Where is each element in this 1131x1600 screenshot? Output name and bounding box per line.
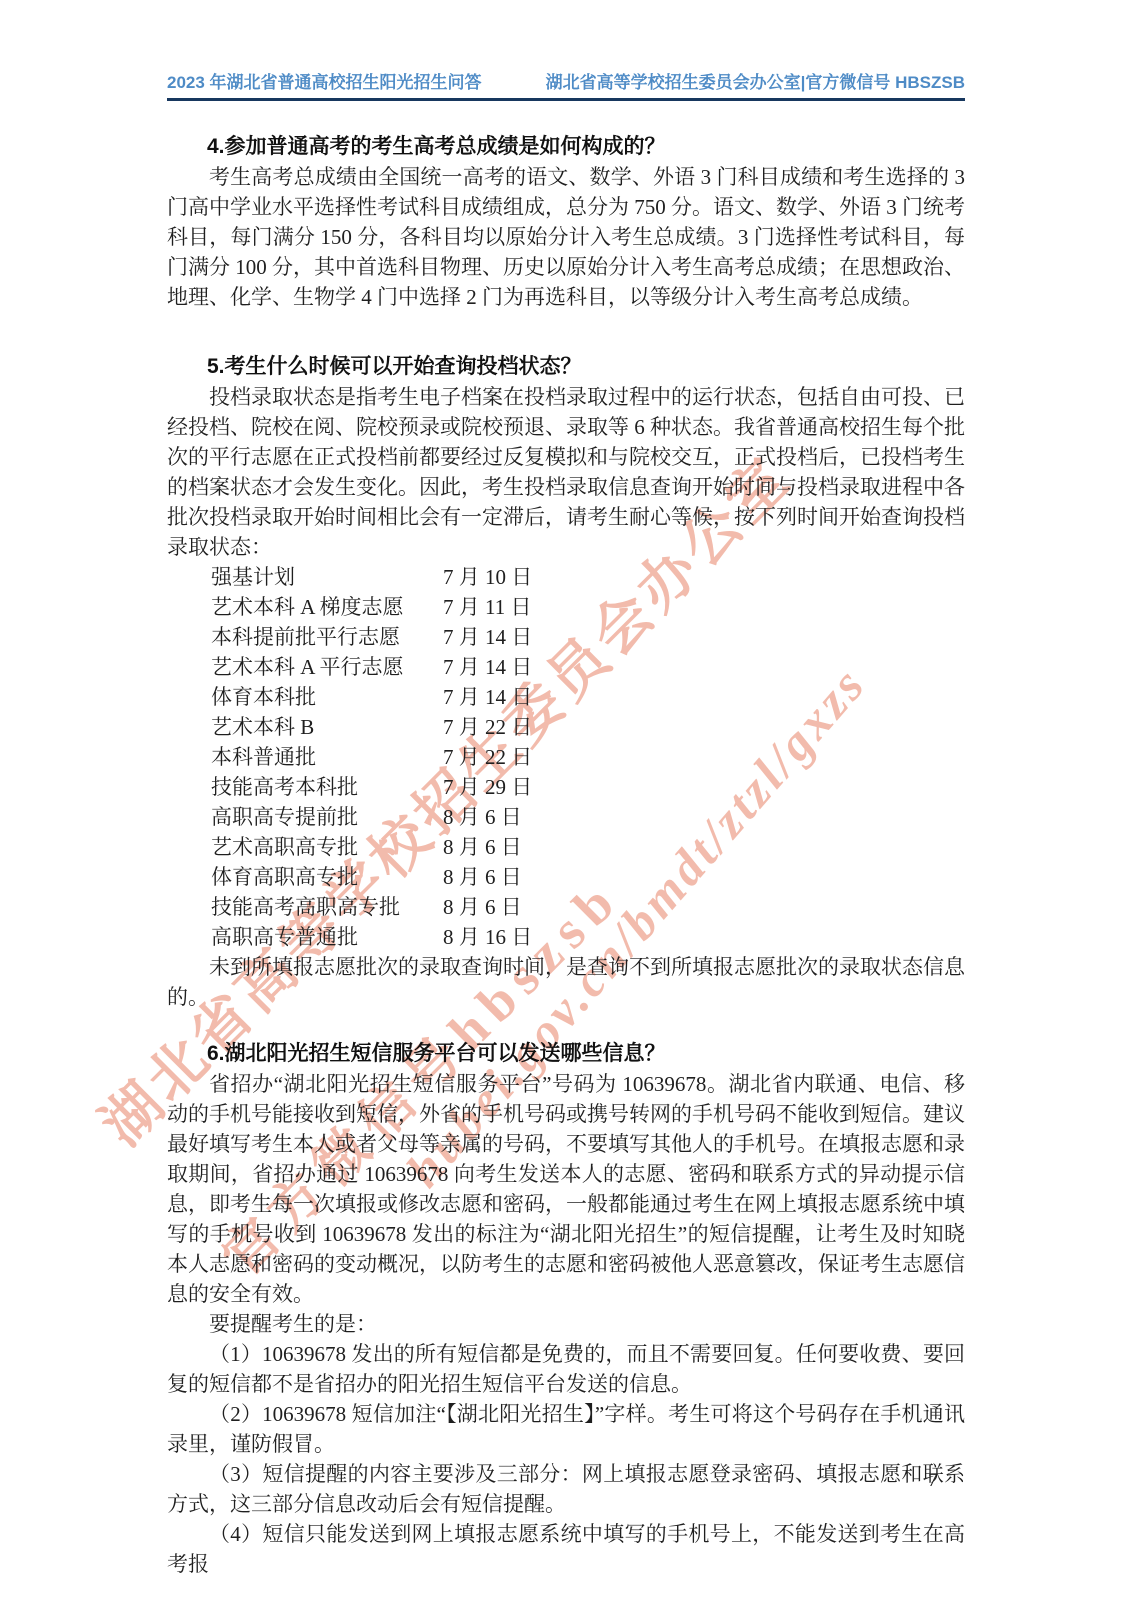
section-title: 6.湖北阳光招生短信服务平台可以发送哪些信息？ bbox=[167, 1039, 965, 1069]
schedule-row: 高职高专提前批8 月 6 日 bbox=[167, 802, 965, 832]
schedule-batch-name: 本科普通批 bbox=[211, 742, 443, 772]
schedule-row: 技能高考本科批7 月 29 日 bbox=[167, 772, 965, 802]
header-title-right: 湖北省高等学校招生委员会办公室|官方微信号 HBSZSB bbox=[546, 72, 965, 93]
schedule-row: 艺术本科 A 平行志愿7 月 14 日 bbox=[167, 652, 965, 682]
paragraph: （1）10639678 发出的所有短信都是免费的，而且不需要回复。任何要收费、要… bbox=[167, 1339, 965, 1399]
paragraph: （2）10639678 短信加注“【湖北阳光招生】”字样。考生可将这个号码存在手… bbox=[167, 1399, 965, 1459]
schedule-batch-name: 体育本科批 bbox=[211, 682, 443, 712]
paragraph: （4）短信只能发送到网上填报志愿系统中填写的手机号上，不能发送到考生在高考报 bbox=[167, 1519, 965, 1579]
schedule-date: 8 月 16 日 bbox=[443, 922, 965, 952]
schedule-date: 8 月 6 日 bbox=[443, 802, 965, 832]
schedule-batch-name: 高职高专提前批 bbox=[211, 802, 443, 832]
schedule-date: 7 月 11 日 bbox=[443, 592, 965, 622]
schedule-date: 7 月 14 日 bbox=[443, 622, 965, 652]
document-content: 2023 年湖北省普通高校招生阳光招生问答 湖北省高等学校招生委员会办公室|官方… bbox=[167, 72, 965, 1579]
qa-section: 5.考生什么时候可以开始查询投档状态？投档录取状态是指考生电子档案在投档录取过程… bbox=[167, 352, 965, 1012]
schedule-row: 体育高职高专批8 月 6 日 bbox=[167, 862, 965, 892]
schedule-date: 7 月 22 日 bbox=[443, 712, 965, 742]
schedule-table: 强基计划7 月 10 日艺术本科 A 梯度志愿7 月 11 日本科提前批平行志愿… bbox=[167, 562, 965, 952]
paragraph: 省招办“湖北阳光招生短信服务平台”号码为 10639678。湖北省内联通、电信、… bbox=[167, 1069, 965, 1309]
schedule-batch-name: 艺术本科 A 梯度志愿 bbox=[211, 592, 443, 622]
schedule-batch-name: 艺术本科 B bbox=[211, 712, 443, 742]
schedule-row: 本科普通批7 月 22 日 bbox=[167, 742, 965, 772]
schedule-date: 7 月 14 日 bbox=[443, 652, 965, 682]
schedule-row: 高职高专普通批8 月 16 日 bbox=[167, 922, 965, 952]
schedule-row: 艺术高职高专批8 月 6 日 bbox=[167, 832, 965, 862]
schedule-date: 7 月 10 日 bbox=[443, 562, 965, 592]
paragraph: （3）短信提醒的内容主要涉及三部分：网上填报志愿登录密码、填报志愿和联系方式，这… bbox=[167, 1459, 965, 1519]
schedule-date: 7 月 29 日 bbox=[443, 772, 965, 802]
schedule-date: 8 月 6 日 bbox=[443, 892, 965, 922]
schedule-date: 8 月 6 日 bbox=[443, 862, 965, 892]
schedule-row: 艺术本科 A 梯度志愿7 月 11 日 bbox=[167, 592, 965, 622]
schedule-row: 强基计划7 月 10 日 bbox=[167, 562, 965, 592]
schedule-batch-name: 体育高职高专批 bbox=[211, 862, 443, 892]
schedule-batch-name: 强基计划 bbox=[211, 562, 443, 592]
qa-section: 4.参加普通高考的考生高考总成绩是如何构成的？考生高考总成绩由全国统一高考的语文… bbox=[167, 132, 965, 312]
document-body: 4.参加普通高考的考生高考总成绩是如何构成的？考生高考总成绩由全国统一高考的语文… bbox=[167, 132, 965, 1579]
schedule-date: 8 月 6 日 bbox=[443, 832, 965, 862]
schedule-row: 本科提前批平行志愿7 月 14 日 bbox=[167, 622, 965, 652]
header-title-left: 2023 年湖北省普通高校招生阳光招生问答 bbox=[167, 72, 482, 93]
paragraph: 要提醒考生的是： bbox=[167, 1309, 965, 1339]
paragraph: 投档录取状态是指考生电子档案在投档录取过程中的运行状态，包括自由可投、已经投档、… bbox=[167, 382, 965, 562]
schedule-batch-name: 技能高考高职高专批 bbox=[211, 892, 443, 922]
schedule-row: 艺术本科 B7 月 22 日 bbox=[167, 712, 965, 742]
schedule-batch-name: 高职高专普通批 bbox=[211, 922, 443, 952]
schedule-row: 体育本科批7 月 14 日 bbox=[167, 682, 965, 712]
paragraph: 考生高考总成绩由全国统一高考的语文、数学、外语 3 门科目成绩和考生选择的 3 … bbox=[167, 162, 965, 312]
schedule-row: 技能高考高职高专批8 月 6 日 bbox=[167, 892, 965, 922]
section-title: 5.考生什么时候可以开始查询投档状态？ bbox=[167, 352, 965, 382]
schedule-date: 7 月 22 日 bbox=[443, 742, 965, 772]
schedule-batch-name: 技能高考本科批 bbox=[211, 772, 443, 802]
section-title: 4.参加普通高考的考生高考总成绩是如何构成的？ bbox=[167, 132, 965, 162]
qa-section: 6.湖北阳光招生短信服务平台可以发送哪些信息？省招办“湖北阳光招生短信服务平台”… bbox=[167, 1039, 965, 1579]
schedule-closing-note: 未到所填报志愿批次的录取查询时间，是查询不到所填报志愿批次的录取状态信息的。 bbox=[167, 952, 965, 1012]
page-number: 7 bbox=[928, 1470, 938, 1492]
schedule-batch-name: 艺术本科 A 平行志愿 bbox=[211, 652, 443, 682]
schedule-date: 7 月 14 日 bbox=[443, 682, 965, 712]
schedule-batch-name: 本科提前批平行志愿 bbox=[211, 622, 443, 652]
schedule-batch-name: 艺术高职高专批 bbox=[211, 832, 443, 862]
page-header: 2023 年湖北省普通高校招生阳光招生问答 湖北省高等学校招生委员会办公室|官方… bbox=[167, 72, 965, 101]
document-page: 湖北省高等学校招生委员会办公室 官方微信号hbszsb hubei.gov.cn… bbox=[0, 0, 1131, 1600]
